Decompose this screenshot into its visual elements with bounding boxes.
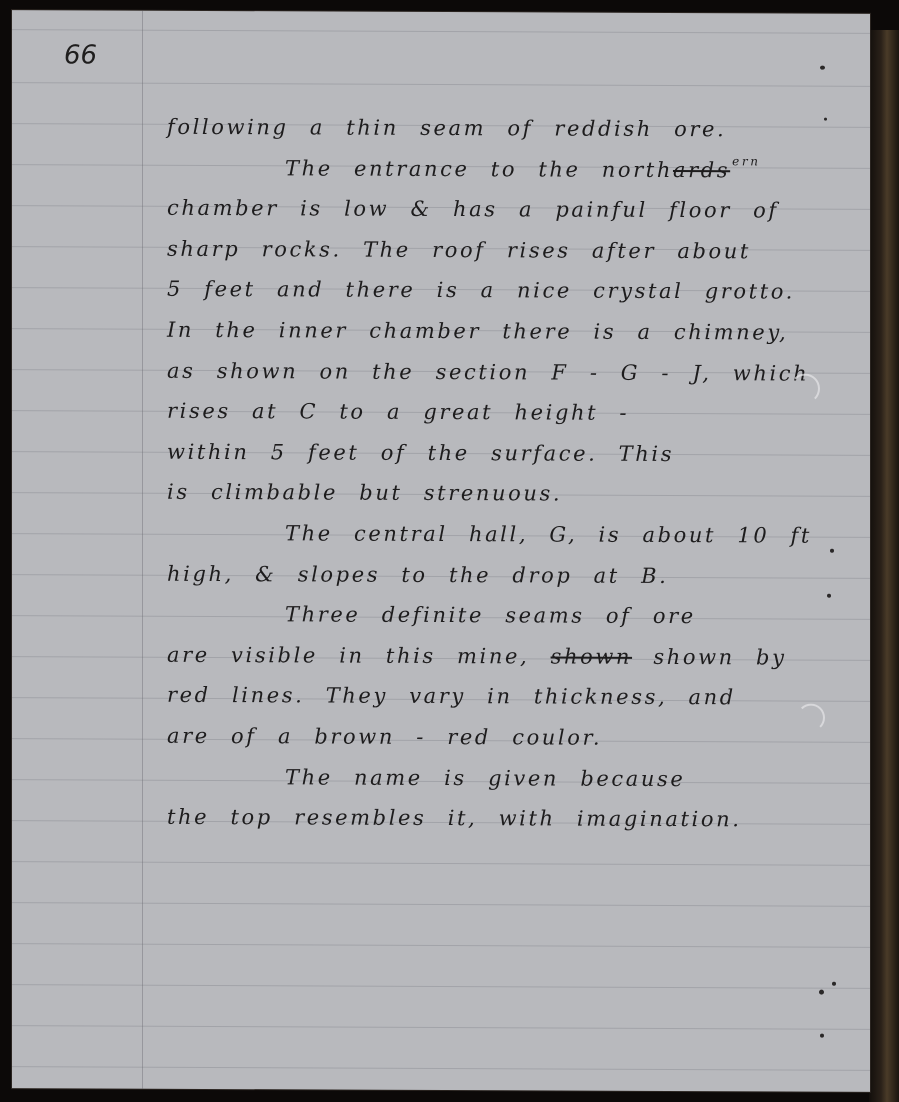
text-line: The central hall, G, is about 10 ft	[167, 513, 827, 556]
text-line: the top resembles it, with imagination.	[167, 797, 827, 840]
text-line: are of a brown - red coulor.	[167, 716, 827, 759]
ink-speck	[820, 1034, 824, 1038]
line-text: shown by	[632, 645, 787, 670]
text-line: The name is given because	[167, 756, 827, 799]
text-line: high, & slopes to the drop at B.	[167, 553, 827, 596]
text-line: red lines. They vary in thickness, and	[167, 675, 827, 718]
page-number: 66	[64, 40, 97, 70]
line-text: red lines. They vary in thickness, and	[167, 683, 736, 709]
line-text: is climbable but strenuous.	[167, 480, 562, 506]
text-line: as shown on the section F - G - J, which	[167, 350, 827, 393]
line-text: chamber is low & has a painful floor of	[167, 196, 779, 223]
text-line: Three definite seams of ore	[167, 594, 827, 637]
ink-speck	[830, 549, 834, 553]
margin-line	[142, 11, 143, 1089]
text-line: following a thin seam of reddish ore.	[167, 107, 827, 150]
notebook-page: 66 following a thin seam of reddish ore.…	[12, 10, 870, 1092]
ink-speck	[819, 990, 824, 995]
handwritten-text: following a thin seam of reddish ore. Th…	[167, 107, 827, 841]
text-line: chamber is low & has a painful floor of	[167, 188, 827, 231]
line-text: are visible in this mine,	[167, 643, 551, 669]
text-line: sharp rocks. The roof rises after about	[167, 229, 827, 272]
line-text: In the inner chamber there is a chimney,	[167, 318, 788, 345]
line-text: as shown on the section F - G - J, which	[167, 358, 809, 385]
ink-speck	[824, 118, 827, 121]
line-text: rises at C to a great height -	[167, 399, 629, 425]
text-line: 5 feet and there is a nice crystal grott…	[167, 269, 827, 312]
line-text: The name is given because	[285, 765, 685, 791]
text-line: are visible in this mine, shown shown by	[167, 635, 827, 678]
line-text: sharp rocks. The roof rises after about	[167, 237, 751, 264]
line-text: The central hall, G, is about 10 ft	[285, 521, 812, 547]
line-text: are of a brown - red coulor.	[167, 724, 602, 750]
struck-text: shown	[551, 644, 632, 668]
text-line: rises at C to a great height -	[167, 391, 827, 434]
line-text: within 5 feet of the surface. This	[167, 440, 674, 466]
ink-speck	[832, 982, 836, 986]
text-line: In the inner chamber there is a chimney,	[167, 310, 827, 353]
page-edge-background	[869, 30, 899, 1102]
text-line: within 5 feet of the surface. This	[167, 432, 827, 475]
line-text: 5 feet and there is a nice crystal grott…	[167, 277, 795, 304]
text-line: The entrance to the northardsern	[167, 147, 827, 190]
ink-speck	[827, 594, 831, 598]
line-text: high, & slopes to the drop at B.	[167, 561, 668, 587]
ink-speck	[820, 66, 825, 70]
line-text: the top resembles it, with imagination.	[167, 805, 741, 832]
line-text: following a thin seam of reddish ore.	[167, 115, 726, 141]
inserted-text: ern	[732, 154, 760, 168]
eraser-smudge	[790, 374, 820, 404]
text-line: is climbable but strenuous.	[167, 472, 827, 515]
eraser-smudge	[797, 704, 825, 732]
line-text: Three definite seams of ore	[285, 602, 696, 628]
struck-text: ards	[673, 158, 730, 182]
line-text: The entrance to the north	[285, 156, 673, 182]
